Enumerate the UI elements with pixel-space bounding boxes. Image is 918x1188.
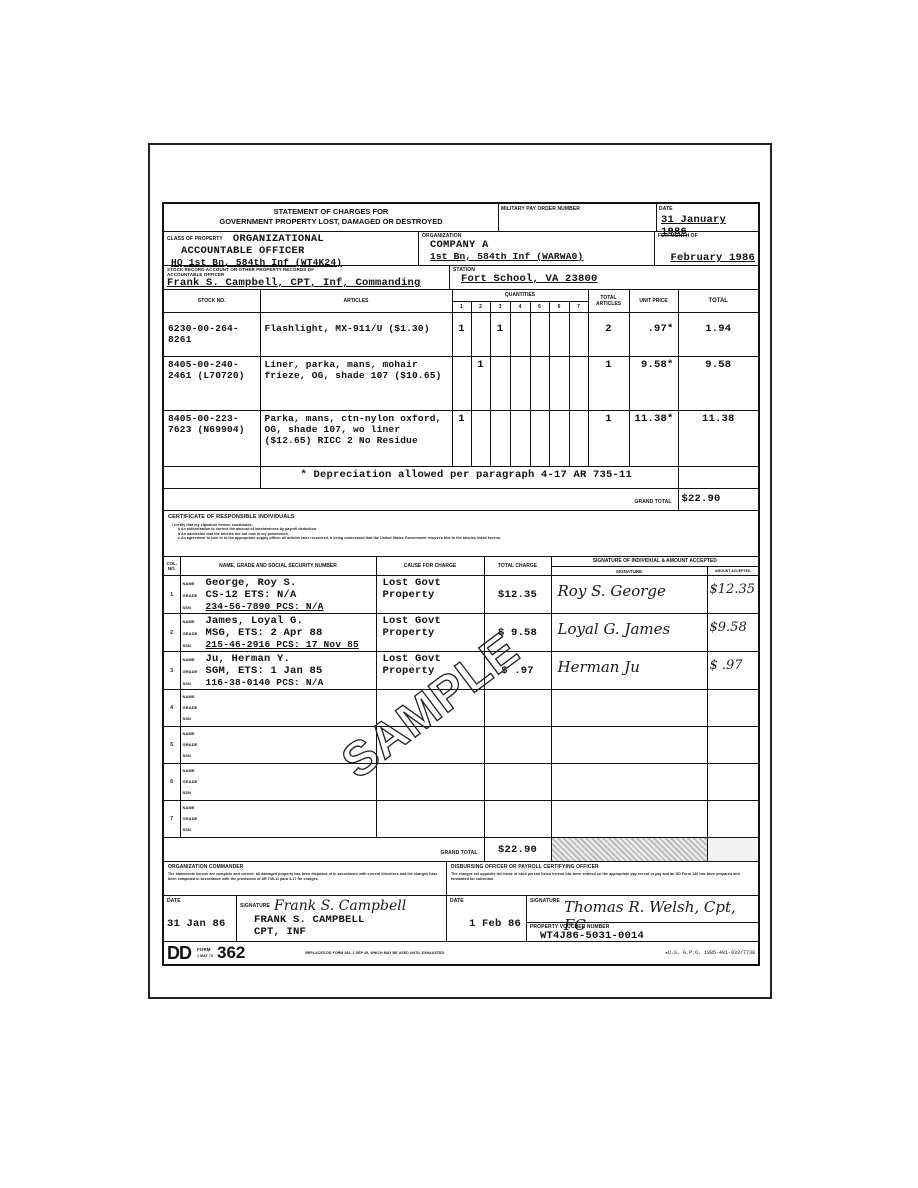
cause: Lost Govt Property [376,576,484,614]
line-total: 9.58 [678,356,758,410]
grand-total-value: $22.90 [678,488,758,510]
item-row: 6230-00-264-8261 Flashlight, MX-911/U ($… [164,312,758,356]
qty-1 [452,356,471,410]
header-q5: 5 [530,301,549,312]
person-ssn: 116-38-0140 PCS: N/A [206,677,324,688]
military-pay-order-field[interactable]: MILITARY PAY ORDER NUMBER [499,204,657,231]
col-no: 4 [164,690,180,727]
persons-grand-total-label: GRAND TOTAL [440,850,477,856]
name-label: NAME [183,657,201,663]
commander-name: FRANK S. CAMPBELL [240,914,443,926]
class-label: CLASS OF PROPERTY [167,236,223,242]
person-ssn: 234-56-7890 PCS: N/A [206,601,324,612]
stock-record-label: STOCK RECORD ACCOUNT OR OTHER PROPERTY R… [167,267,337,277]
shaded-amount-box [707,838,758,862]
station-field[interactable]: STATION Fort School, VA 23800 [450,266,758,289]
month-field[interactable]: FOR MONTH OF February 1986 [655,232,758,265]
total-charge[interactable] [484,764,551,801]
name-label: NAME [183,765,374,776]
name-label: NAME [183,619,201,625]
header-q1: 1 [452,301,471,312]
col-no: 3 [164,652,180,690]
commander-date-label: DATE [167,898,233,904]
person-row: 3 NAMEJu, Herman Y. GRADESGM, ETS: 1 Jan… [164,652,758,690]
person-row: 1 NAMEGeorge, Roy S. GRADECS-12 ETS: N/A… [164,576,758,614]
commander-signature-field[interactable]: SIGNATURE Frank S. Campbell FRANK S. CAM… [237,896,447,941]
header-q3: 3 [490,301,510,312]
amount-accepted[interactable] [707,801,758,838]
grade-label: GRADE [183,776,374,787]
qty-4 [510,356,530,410]
signature[interactable] [551,690,707,727]
col-no: 1 [164,576,180,614]
ssn-label: SSN [183,787,374,798]
qty-2 [471,312,490,356]
disbursing-title: DISBURSING OFFICER OR PAYROLL CERTIFYING… [451,864,754,870]
commander-section: ORGANIZATION COMMANDER The statements he… [164,862,447,895]
qty-6 [549,312,569,356]
name-label: NAME [183,581,201,587]
person-row: 4 NAME GRADE SSN [164,690,758,727]
form-number: 362 [217,943,245,963]
col-no: 7 [164,801,180,838]
header-name-grade-ssn: NAME, GRADE AND SOCIAL SECURITY NUMBER [180,557,376,576]
col-no: 2 [164,614,180,652]
class-value: ORGANIZATIONAL [233,233,324,245]
commander-signature-label: SIGNATURE [240,903,270,909]
amount-accepted[interactable] [707,764,758,801]
total-charge: $ 9.58 [484,614,551,652]
grade-label: GRADE [183,669,201,675]
persons-table: COL. NO. NAME, GRADE AND SOCIAL SECURITY… [164,557,758,863]
commander-date-value: 31 Jan 86 [167,918,233,930]
organization-field[interactable]: ORGANIZATION COMPANY A 1st Bn, 584th Inf… [419,232,655,265]
qty-7 [569,312,588,356]
col-no: 5 [164,727,180,764]
header-q7: 7 [569,301,588,312]
person-ssn: 215-46-2916 PCS: 17 Nov 85 [206,639,359,650]
certificate-item-c: c An agreement to turn in to the appropr… [178,536,754,541]
article: Liner, parka, mans, mohair frieze, OG, s… [260,356,452,410]
items-table: STOCK NO. ARTICLES QUANTITIES TOTAL ARTI… [164,290,758,511]
header-cause: CAUSE FOR CHARGE [376,557,484,576]
qty-7 [569,410,588,466]
commander-title: ORGANIZATION COMMANDER [168,864,442,870]
dd-mark: DD [167,943,191,964]
cause: Lost Govt Property [376,614,484,652]
signature[interactable] [551,801,707,838]
month-label: FOR MONTH OF [658,233,755,239]
person-grade: CS-12 ETS: N/A [206,589,297,601]
qty-4 [510,312,530,356]
person-row: 2 NAMEJames, Loyal G. GRADEMSG, ETS: 2 A… [164,614,758,652]
cause: Lost Govt Property [376,652,484,690]
qty-5 [530,312,549,356]
amount-accepted[interactable] [707,690,758,727]
header-signature-group: SIGNATURE OF INDIVIDUAL & AMOUNT ACCEPTE… [551,557,758,567]
gpo-imprint: ★U.S. G.P.O. 1985-481-033/7738 [665,950,755,956]
qty-3 [490,356,510,410]
total-articles: 1 [588,356,629,410]
qty-7 [569,356,588,410]
item-row: 8405-00-240-2461 (L70720) Liner, parka, … [164,356,758,410]
grade-label: GRADE [183,593,201,599]
article: Flashlight, MX-911/U ($1.30) [260,312,452,356]
military-pay-order-label: MILITARY PAY ORDER NUMBER [499,204,656,214]
person-grade: SGM, ETS: 1 Jan 85 [206,665,323,677]
cause[interactable] [376,764,484,801]
title-line-1: STATEMENT OF CHARGES FOR [164,207,498,217]
signature[interactable]: Herman Ju [551,652,707,690]
voucher-value[interactable]: WT4J86-5031-0014 [530,930,755,942]
qty-5 [530,410,549,466]
ssn-label: SSN [183,605,201,611]
form-date: 1 MAY 74 [197,953,213,959]
disbursing-text: The charges set opposite the name of eac… [451,872,754,881]
person-name: James, Loyal G. [206,615,304,627]
disbursing-date-value: 1 Feb 86 [450,918,523,930]
qty-3 [490,410,510,466]
certificate-section: CERTIFICATE OF RESPONSIBLE INDIVIDUALS I… [164,511,758,557]
line-total: 11.38 [678,410,758,466]
shaded-signature-box [551,838,707,862]
header-q6: 6 [549,301,569,312]
certificate-title: CERTIFICATE OF RESPONSIBLE INDIVIDUALS [168,514,754,520]
total-articles: 2 [588,312,629,356]
person-row: 6 NAME GRADE SSN [164,764,758,801]
cause[interactable] [376,801,484,838]
header-total-charge: TOTAL CHARGE [484,557,551,576]
ssn-label: SSN [183,824,374,835]
form-footer: DD FORM 1 MAY 74 362 REPLACES DD FORM 36… [164,942,758,964]
amount-accepted[interactable] [707,727,758,764]
ssn-label: SSN [183,713,374,724]
header-total-articles: TOTAL ARTICLES [588,290,629,312]
persons-grand-total-value: $22.90 [484,838,551,862]
depreciation-note: * Depreciation allowed per paragraph 4-1… [260,466,678,488]
form-title: STATEMENT OF CHARGES FOR GOVERNMENT PROP… [164,204,499,231]
name-label: NAME [183,728,374,739]
qty-2: 1 [471,356,490,410]
header-articles: ARTICLES [260,290,452,312]
ssn-label: SSN [183,681,201,687]
ssn-label: SSN [183,750,374,761]
qty-1: 1 [452,312,471,356]
commander-rank: CPT, INF [240,926,443,938]
organization-line2: 1st Bn, 584th Inf (WARWA0) [422,251,651,262]
person-name: George, Roy S. [206,577,297,589]
total-charge[interactable] [484,690,551,727]
header-unit-price: UNIT PRICE [629,290,678,312]
month-value: February 1986 [658,252,755,264]
total-charge[interactable] [484,727,551,764]
stock-record-field[interactable]: STOCK RECORD ACCOUNT OR OTHER PROPERTY R… [164,266,450,289]
date-field[interactable]: DATE 31 January 1986 [657,204,758,231]
article: Parka, mans, ctn-nylon oxford, OG, shade… [260,410,452,466]
person-row: 5 NAME GRADE SSN [164,727,758,764]
station-value: Fort School, VA 23800 [453,273,755,285]
accountable-officer-line1: ACCOUNTABLE OFFICER [167,245,415,257]
person-grade: MSG, ETS: 2 Apr 88 [206,627,323,639]
class-of-property-field[interactable]: CLASS OF PROPERTY ORGANIZATIONAL ACCOUNT… [164,232,419,265]
disbursing-section: DISBURSING OFFICER OR PAYROLL CERTIFYING… [447,862,758,895]
cause[interactable] [376,727,484,764]
qty-2 [471,410,490,466]
name-label: NAME [183,802,374,813]
unit-price: 9.58* [629,356,678,410]
grade-label: GRADE [183,631,201,637]
name-label: NAME [183,691,374,702]
signature[interactable] [551,764,707,801]
person-name: Ju, Herman Y. [206,653,291,665]
header-q4: 4 [510,301,530,312]
date-label: DATE [657,204,758,214]
signature[interactable]: Loyal G. James [551,614,707,652]
signature[interactable] [551,727,707,764]
qty-5 [530,356,549,410]
disbursing-signature-field[interactable]: SIGNATURE Thomas R. Welsh, Cpt, FC PROPE… [527,896,758,941]
dd-form-362: STATEMENT OF CHARGES FOR GOVERNMENT PROP… [162,202,760,966]
stock-no: 6230-00-264-8261 [164,312,260,356]
disbursing-date-field[interactable]: DATE 1 Feb 86 [447,896,527,941]
unit-price: .97* [629,312,678,356]
stock-no: 8405-00-223-7623 (N69904) [164,410,260,466]
cause[interactable] [376,690,484,727]
header-q2: 2 [471,301,490,312]
qty-1: 1 [452,410,471,466]
header-stock-no: STOCK NO. [164,290,260,312]
signature[interactable]: Roy S. George [551,576,707,614]
line-total: 1.94 [678,312,758,356]
commander-signature: Frank S. Campbell [274,898,406,914]
grade-label: GRADE [183,813,374,824]
amount-accepted[interactable]: $9.58 [707,614,758,652]
title-line-2: GOVERNMENT PROPERTY LOST, DAMAGED OR DES… [164,217,498,227]
replaces-note: REPLACES DD FORM 362, 1 SEP 49, WHICH MA… [305,950,445,956]
qty-4 [510,410,530,466]
ssn-label: SSN [183,643,201,649]
amount-accepted[interactable]: $12.35 [707,576,758,614]
disbursing-signature-label: SIGNATURE [530,898,560,904]
person-row: 7 NAME GRADE SSN [164,801,758,838]
commander-date-field[interactable]: DATE 31 Jan 86 [164,896,237,941]
header-col-no: COL. NO. [164,557,180,576]
item-row: 8405-00-223-7623 (N69904) Parka, mans, c… [164,410,758,466]
total-charge[interactable] [484,801,551,838]
header-amount-accepted: AMOUNT ACCEPTED [707,567,758,576]
header-total: TOTAL [678,290,758,312]
commander-text: The statements hereon are complete and c… [168,872,442,881]
qty-3: 1 [490,312,510,356]
total-articles: 1 [588,410,629,466]
total-charge: $ .97 [484,652,551,690]
header-signature: SIGNATURE [551,567,707,576]
stock-record-value: Frank S. Campbell, CPT, Inf, Commanding [167,277,446,289]
grade-label: GRADE [183,739,374,750]
unit-price: 11.38* [629,410,678,466]
organization-line1: COMPANY A [422,239,651,251]
amount-accepted[interactable]: $ .97 [707,652,758,690]
disbursing-date-label: DATE [450,898,523,904]
total-charge: $12.35 [484,576,551,614]
grand-total-label: GRAND TOTAL [634,499,671,505]
qty-6 [549,410,569,466]
header-quantities: QUANTITIES [452,290,588,301]
qty-6 [549,356,569,410]
stock-no: 8405-00-240-2461 (L70720) [164,356,260,410]
col-no: 6 [164,764,180,801]
grade-label: GRADE [183,702,374,713]
